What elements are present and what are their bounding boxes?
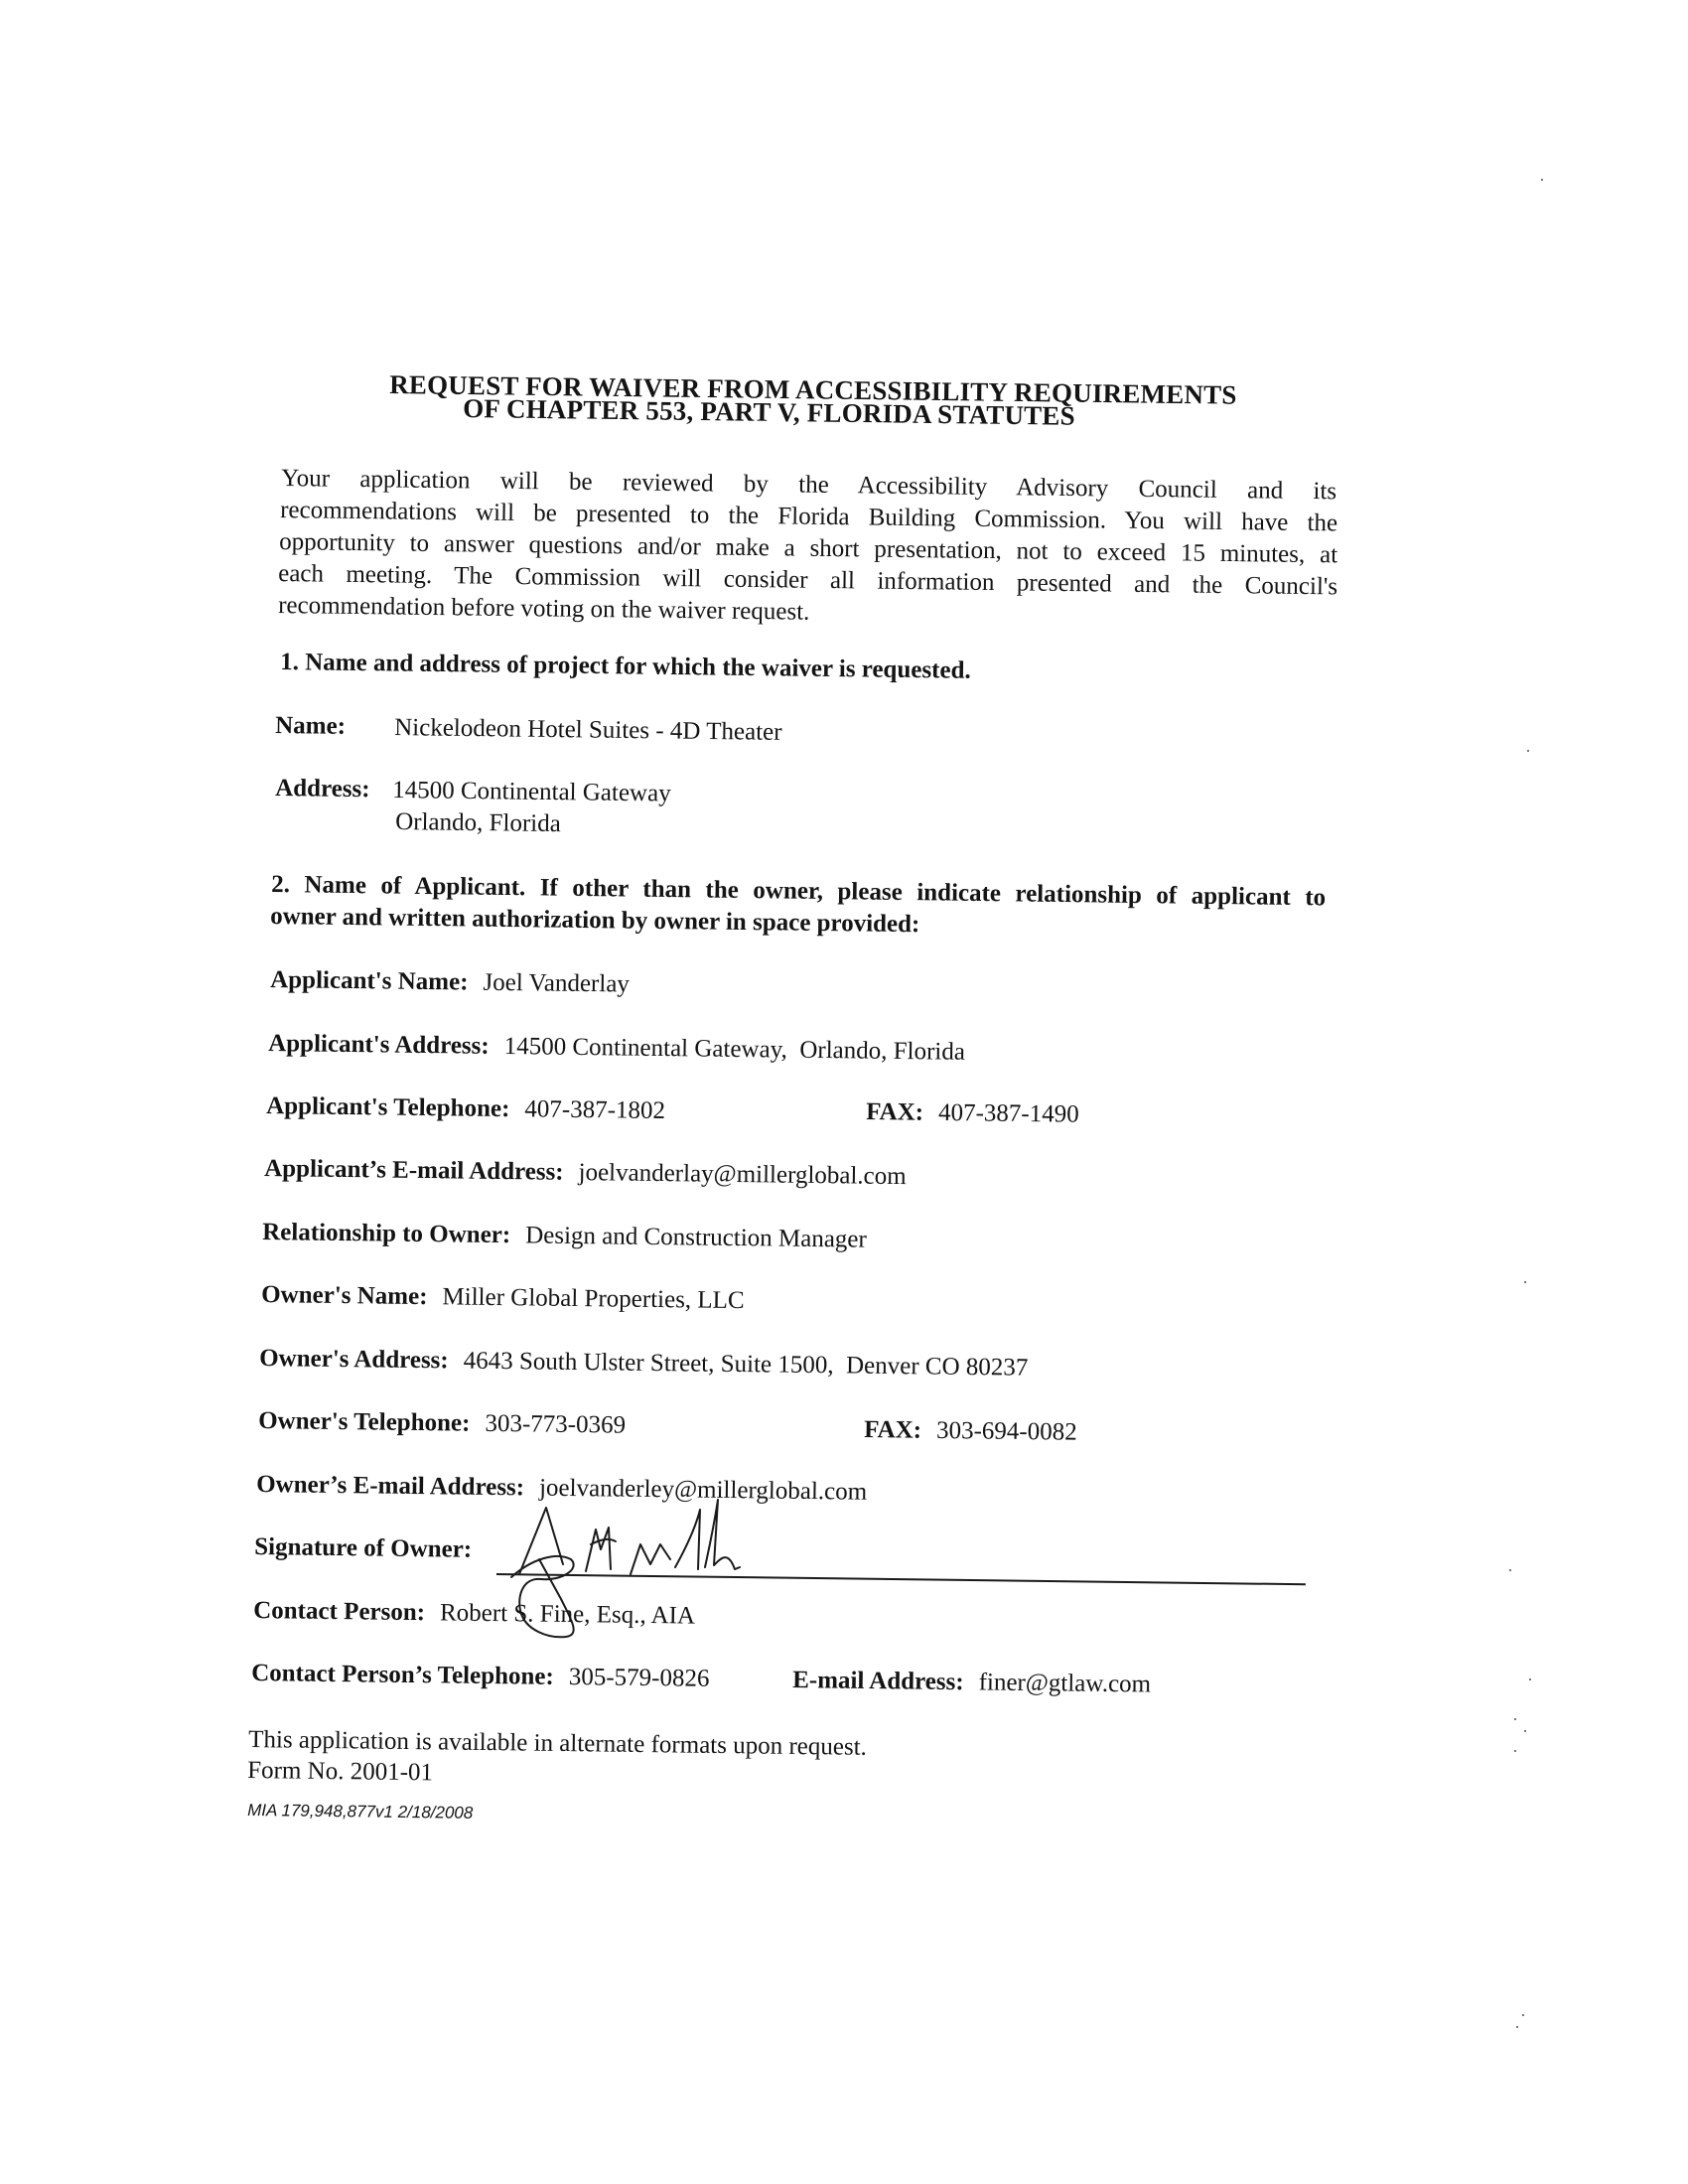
project-address-line2: Orlando, Florida: [395, 807, 561, 839]
owner-email-label: Owner’s E-mail Address:: [256, 1471, 524, 1501]
project-name-label: Name:: [275, 711, 346, 742]
project-address-label: Address:: [275, 774, 370, 804]
applicant-name-row: Applicant's Name: Joel Vanderlay: [270, 965, 630, 1000]
applicant-email-row: Applicant’s E-mail Address: joelvanderla…: [264, 1154, 907, 1192]
applicant-email-value: joelvanderlay@millerglobal.com: [578, 1159, 906, 1190]
applicant-fax-label: FAX:: [866, 1098, 923, 1126]
relationship-value: Design and Construction Manager: [525, 1222, 867, 1252]
owner-name-row: Owner's Name: Miller Global Properties, …: [261, 1280, 745, 1316]
document-id: MIA 179,948,877v1 2/18/2008: [247, 1800, 473, 1824]
scan-speck: [1514, 1718, 1516, 1720]
relationship-label: Relationship to Owner:: [262, 1219, 510, 1248]
applicant-phone-row: Applicant's Telephone: 407-387-1802: [266, 1092, 665, 1126]
relationship-row: Relationship to Owner: Design and Constr…: [262, 1218, 867, 1255]
scan-speck: [1516, 2026, 1518, 2028]
applicant-name-label: Applicant's Name:: [270, 966, 469, 996]
scan-speck: [1514, 1750, 1516, 1752]
applicant-fax-value: 407-387-1490: [938, 1099, 1079, 1128]
intro-line-5: recommendation before voting on the waiv…: [278, 591, 810, 628]
scan-speck: [1524, 1281, 1526, 1283]
scan-speck: [1522, 2014, 1524, 2016]
section1-heading: 1. Name and address of project for which…: [280, 648, 971, 686]
document-page: REQUEST FOR WAIVER FROM ACCESSIBILITY RE…: [0, 0, 1688, 2184]
project-address-line1: 14500 Continental Gateway: [392, 776, 671, 809]
contact-person-label: Contact Person:: [253, 1597, 425, 1626]
contact-person-value: Robert S. Fine, Esq., AIA: [440, 1599, 695, 1629]
project-name-value: Nickelodeon Hotel Suites - 4D Theater: [394, 713, 782, 748]
section2-heading-line2: owner and written authorization by owner…: [270, 902, 920, 940]
owner-phone-row: Owner's Telephone: 303-773-0369: [258, 1406, 626, 1441]
contact-email-row: E-mail Address: finer@gtlaw.com: [792, 1666, 1151, 1700]
owner-fax-row: FAX: 303-694-0082: [864, 1415, 1077, 1448]
applicant-address-label: Applicant's Address:: [268, 1030, 490, 1060]
contact-email-label: E-mail Address:: [792, 1667, 964, 1695]
applicant-email-label: Applicant’s E-mail Address:: [264, 1155, 564, 1186]
applicant-address-row: Applicant's Address: 14500 Continental G…: [268, 1029, 965, 1068]
owner-name-value: Miller Global Properties, LLC: [442, 1283, 744, 1314]
contact-phone-label: Contact Person’s Telephone:: [251, 1660, 554, 1690]
form-number: Form No. 2001-01: [247, 1756, 433, 1788]
owner-fax-value: 303-694-0082: [936, 1417, 1077, 1446]
owner-phone-label: Owner's Telephone:: [258, 1407, 471, 1437]
contact-phone-row: Contact Person’s Telephone: 305-579-0826: [251, 1659, 710, 1694]
applicant-phone-label: Applicant's Telephone:: [266, 1092, 510, 1122]
contact-email-value: finer@gtlaw.com: [978, 1669, 1151, 1697]
scan-speck: [1541, 179, 1543, 181]
owner-name-label: Owner's Name:: [261, 1281, 428, 1310]
contact-person-row: Contact Person: Robert S. Fine, Esq., AI…: [253, 1596, 695, 1632]
owner-phone-value: 303-773-0369: [485, 1410, 626, 1439]
applicant-fax-row: FAX: 407-387-1490: [866, 1097, 1079, 1130]
owner-address-row: Owner's Address: 4643 South Ulster Stree…: [259, 1344, 1029, 1383]
scan-speck: [1509, 1569, 1511, 1571]
applicant-name-value: Joel Vanderlay: [483, 969, 630, 998]
form-title-line2: OF CHAPTER 553, PART V, FLORIDA STATUTES: [463, 393, 1075, 431]
owner-fax-label: FAX:: [864, 1416, 921, 1444]
contact-phone-value: 305-579-0826: [569, 1664, 710, 1692]
owner-address-label: Owner's Address:: [259, 1345, 449, 1374]
scan-speck: [1529, 1678, 1531, 1680]
scan-speck: [1527, 750, 1529, 752]
applicant-phone-value: 407-387-1802: [524, 1095, 665, 1124]
applicant-address-value: 14500 Continental Gateway, Orlando, Flor…: [504, 1033, 966, 1066]
owner-address-value: 4643 South Ulster Street, Suite 1500, De…: [464, 1348, 1029, 1382]
signature-label: Signature of Owner:: [254, 1532, 472, 1565]
scan-speck: [1524, 1730, 1526, 1732]
